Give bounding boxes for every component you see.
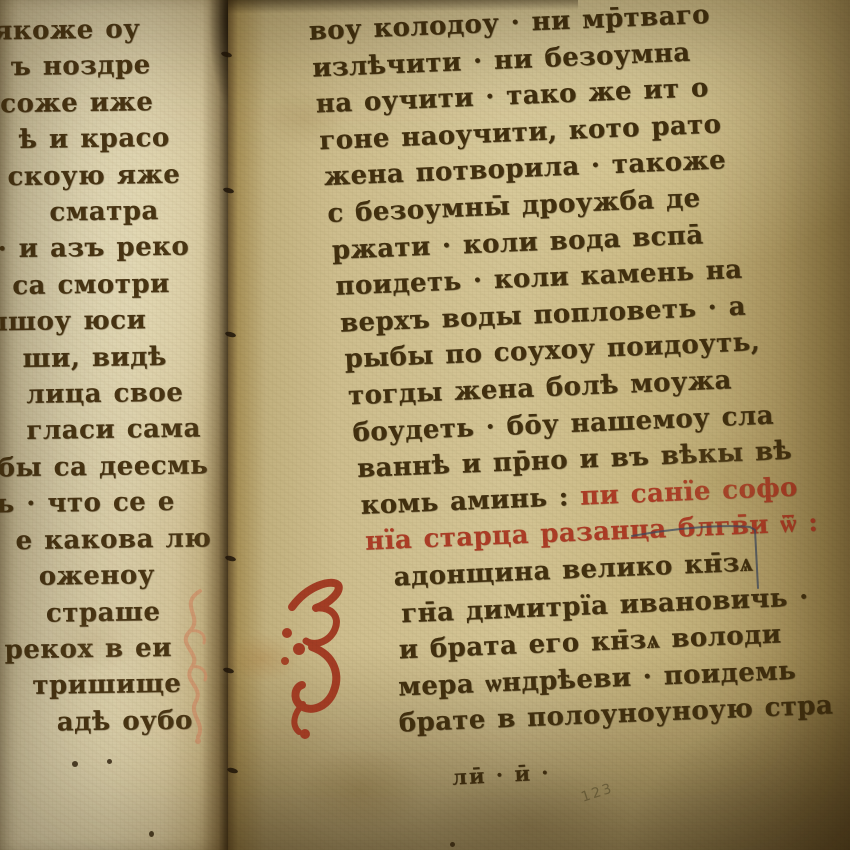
manuscript-line: ь · что се е (0, 484, 175, 523)
manuscript-line: абы са деесмь (0, 447, 209, 487)
manuscript-line: якоже оу (0, 11, 140, 50)
manuscript-line: сматра (0, 193, 159, 232)
manuscript-line: гласи сама (0, 411, 201, 451)
manuscript-line: рекох в еи (0, 630, 172, 669)
manuscript-line: · и азъ реко (0, 229, 190, 269)
right-page-text-column: воу колодоу · ни мр̄тваго излѣчити · ни … (300, 0, 820, 745)
ink-speck (107, 759, 112, 764)
manuscript-line: соже иже (0, 84, 154, 123)
marginal-flourish-ornament (148, 585, 220, 753)
illuminated-initial-z (278, 575, 356, 743)
ink-speck (450, 842, 455, 847)
manuscript-line: са смотри (0, 266, 170, 305)
manuscript-line: ъ ноздре (0, 48, 151, 87)
manuscript-line: оженоу (0, 557, 155, 596)
manuscript-line: лица свое (0, 375, 184, 415)
manuscript-line: ши, видѣ (0, 339, 167, 378)
rubric-text: пи санїе софо (580, 472, 799, 511)
line-ink-part: комь аминь : (360, 481, 581, 520)
manuscript-line: лшоу юси (0, 303, 147, 342)
manuscript-photo: якоже оу ъ ноздре соже иже ѣ и красо ско… (0, 0, 850, 850)
manuscript-line: ѣ и красо (0, 120, 170, 159)
catchword-quire-signature: лӣ · ӣ · (451, 759, 551, 789)
manuscript-line: страше (0, 594, 161, 633)
ink-bracket-annotation (628, 518, 776, 596)
ink-speck (149, 831, 154, 837)
ink-speck (72, 761, 78, 767)
manuscript-line: скоую яже (0, 156, 181, 196)
manuscript-line: е какова лю (0, 520, 212, 560)
